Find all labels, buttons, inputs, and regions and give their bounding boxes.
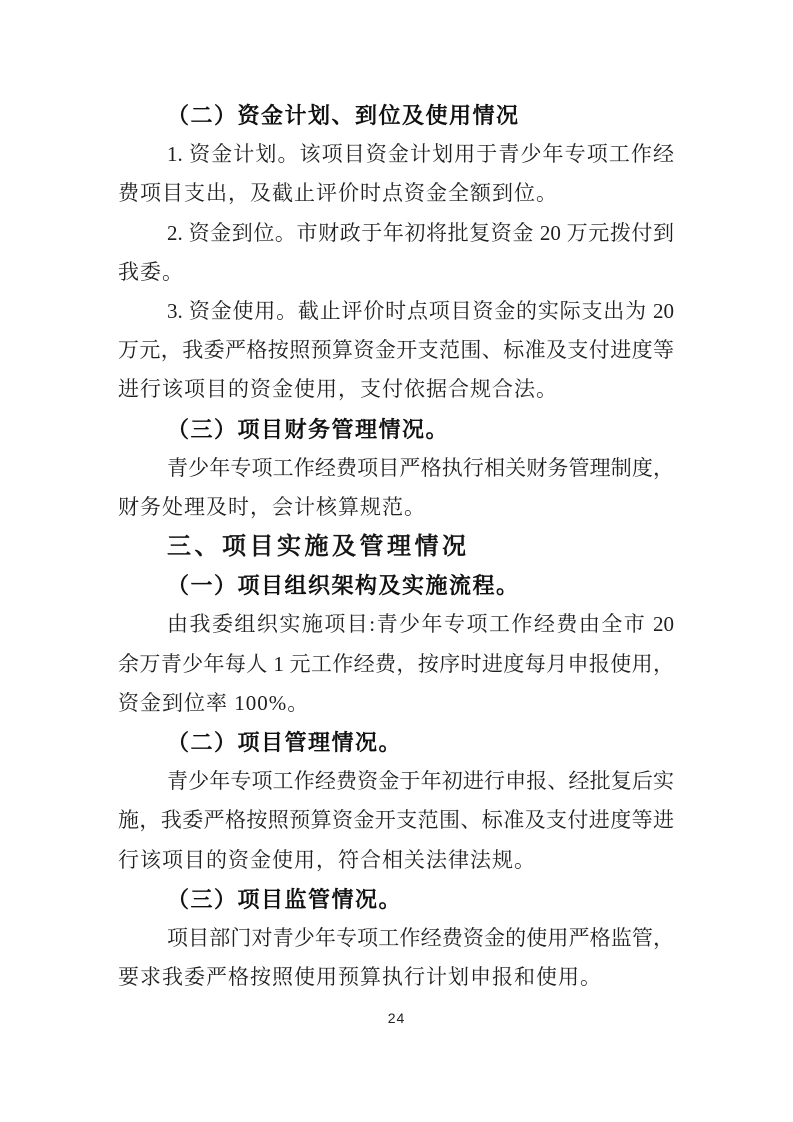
- heading-line: （三）项目财务管理情况。: [118, 410, 674, 449]
- text-line: 2. 资金到位。市财政于年初将批复资金 20 万元拨付到: [118, 214, 674, 253]
- text-line: 万元，我委严格按照预算资金开支范围、标准及支付进度等: [118, 331, 674, 370]
- text-line: 我委。: [118, 253, 674, 292]
- text-line: 青少年专项工作经费资金于年初进行申报、经批复后实: [118, 762, 674, 801]
- document-page: （二）资金计划、到位及使用情况1. 资金计划。该项目资金计划用于青少年专项工作经…: [0, 0, 793, 1122]
- text-line: 资金到位率 100%。: [118, 684, 674, 723]
- heading-line: （一）项目组织架构及实施流程。: [118, 566, 674, 605]
- text-line: 行该项目的资金使用，符合相关法律法规。: [118, 841, 674, 880]
- document-body: （二）资金计划、到位及使用情况1. 资金计划。该项目资金计划用于青少年专项工作经…: [118, 96, 674, 997]
- text-line: 3. 资金使用。截止评价时点项目资金的实际支出为 20: [118, 292, 674, 331]
- text-line: 要求我委严格按照使用预算执行计划申报和使用。: [118, 958, 674, 997]
- text-line: 进行该项目的资金使用，支付依据合规合法。: [118, 370, 674, 409]
- text-line: 青少年专项工作经费项目严格执行相关财务管理制度，: [118, 449, 674, 488]
- text-line: 由我委组织实施项目:青少年专项工作经费由全市 20: [118, 605, 674, 644]
- text-line: 余万青少年每人 1 元工作经费，按序时进度每月申报使用，: [118, 645, 674, 684]
- text-line: 项目部门对青少年专项工作经费资金的使用严格监管，: [118, 919, 674, 958]
- heading-line: （三）项目监管情况。: [118, 880, 674, 919]
- text-line: 1. 资金计划。该项目资金计划用于青少年专项工作经: [118, 135, 674, 174]
- page-number: 24: [0, 1010, 793, 1026]
- text-line: 费项目支出，及截止评价时点资金全额到位。: [118, 174, 674, 213]
- heading-line: （二）项目管理情况。: [118, 723, 674, 762]
- heading-line: 三、项目实施及管理情况: [118, 527, 674, 566]
- heading-line: （二）资金计划、到位及使用情况: [118, 96, 674, 135]
- text-line: 施，我委严格按照预算资金开支范围、标准及支付进度等进: [118, 801, 674, 840]
- text-line: 财务处理及时，会计核算规范。: [118, 488, 674, 527]
